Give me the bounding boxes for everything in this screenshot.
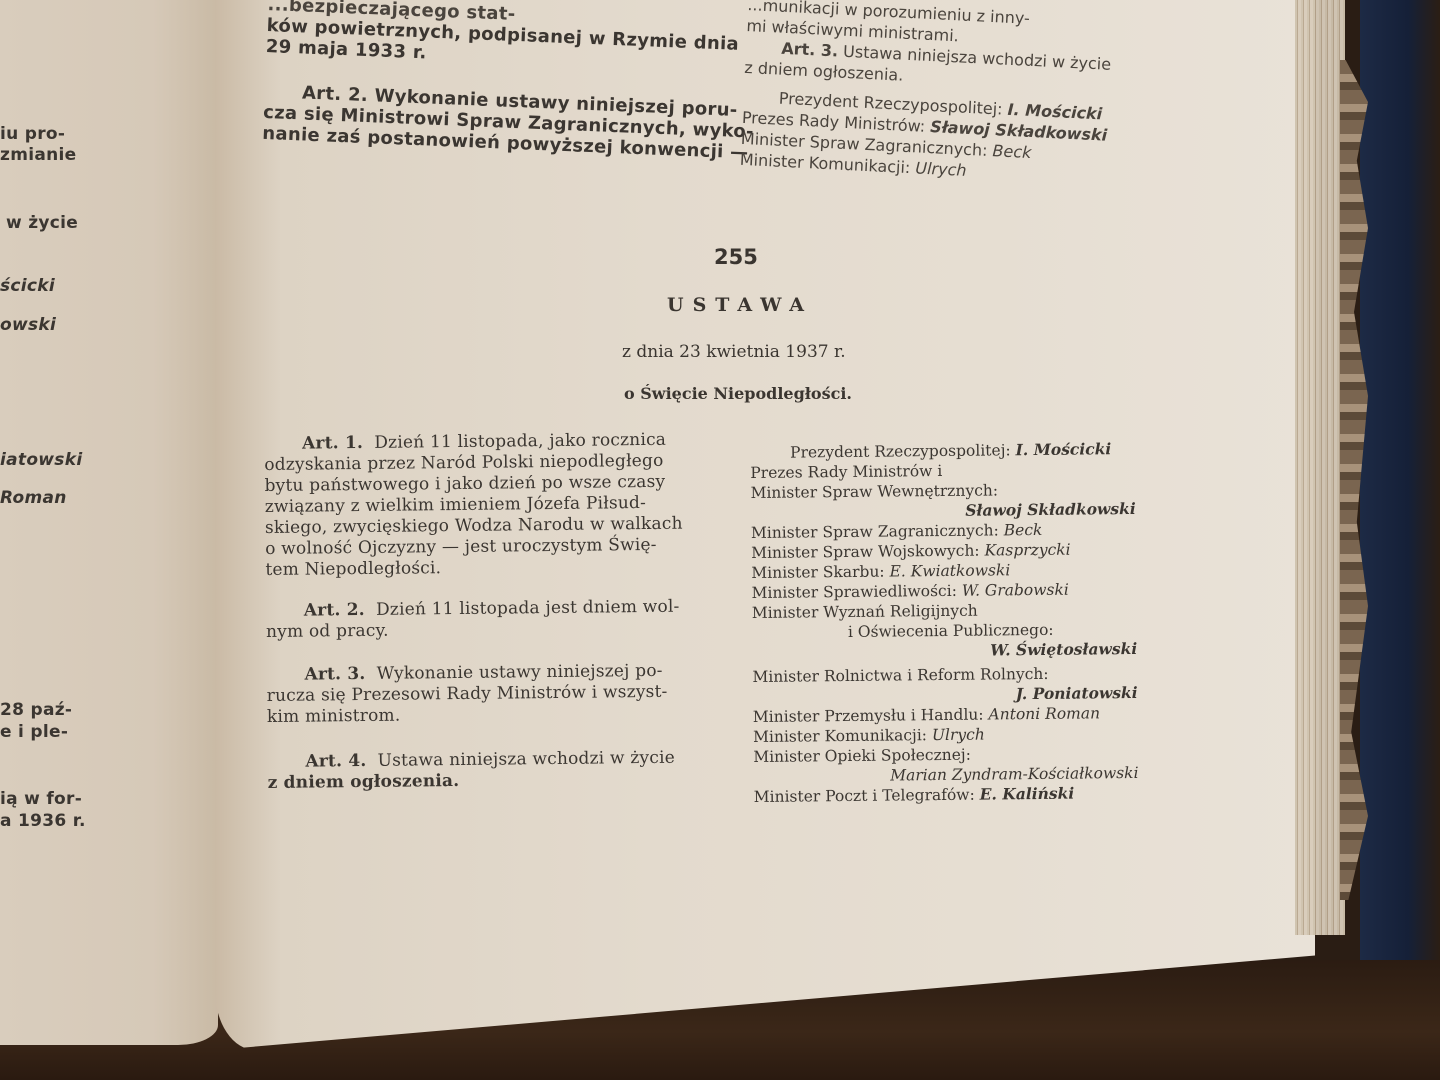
signature-role: Minister Komunikacji: [753, 726, 927, 746]
signature-role: Minister Przemysłu i Handlu: [753, 706, 984, 726]
text-line: rucza się Prezesowi Rady Ministrów i wsz… [267, 682, 685, 707]
signature-role: Prezydent Rzeczypospolitej: [790, 441, 1011, 461]
signature-name: W. Świętosławski [752, 639, 1137, 663]
left-fragment: ią w for- [0, 791, 82, 808]
left-fragment: iu pro- [0, 126, 65, 143]
signature-role: Minister Skarbu: [751, 563, 884, 582]
act-date: z dnia 23 kwietnia 1937 r. [622, 344, 846, 361]
left-fragment: iatowski [0, 452, 82, 469]
signature-name: Beck [992, 141, 1032, 162]
signature-name: Ulrych [932, 726, 985, 745]
signature-role: Minister Spraw Zagranicznych: [751, 521, 999, 542]
signature-name: Antoni Roman [988, 704, 1100, 723]
signature-name: Beck [1004, 521, 1043, 539]
background-cloth [1360, 0, 1440, 960]
articles-column: Art. 1. Dzień 11 listopada, jako rocznic… [264, 430, 685, 794]
act-type-heading: USTAWA [667, 296, 813, 315]
article-label: Art. 2. [304, 600, 365, 621]
signature-name: E. Kwiatkowski [889, 561, 1010, 580]
text-line: kim ministrom. [267, 703, 685, 728]
signatures-block: Prezydent Rzeczypospolitej: I. Mościcki … [750, 439, 1139, 807]
article-label: Art. 4. [305, 751, 366, 772]
article-label: Art. 1. [302, 433, 363, 454]
text-line: Dzień 11 listopada jest dniem wol- [376, 597, 680, 620]
text-line: Wykonanie ustawy niniejszej po- [377, 661, 663, 684]
left-fragment: owski [0, 317, 56, 334]
text-line: o wolność Ojczyzny — jest uroczystym Świ… [265, 535, 683, 560]
text-line: tem Niepodległości. [265, 556, 683, 581]
signature-role: Minister Poczt i Telegrafów: [754, 786, 975, 806]
signature-role: Minister Spraw Wojskowych: [751, 542, 980, 562]
act-number: 255 [714, 247, 758, 268]
left-fragment: ścicki [0, 278, 55, 295]
left-fragment: zmianie [0, 147, 76, 164]
article-2: Art. 2. Dzień 11 listopada jest dniem wo… [266, 597, 684, 643]
previous-act-left: ...bezpieczającego stat- ków powietrznyc… [262, 0, 759, 164]
signature-name: W. Grabowski [962, 581, 1069, 600]
signature-name: Kasprzycki [984, 541, 1070, 560]
left-page: iu pro- zmianie w życie ścicki owski iat… [0, 0, 218, 1045]
article-label: Art. 2. [302, 82, 369, 106]
text-line: nym od pracy. [266, 618, 684, 643]
signature-name: Sławoj Składkowski [751, 499, 1136, 523]
left-fragment: w życie [6, 215, 78, 232]
article-1: Art. 1. Dzień 11 listopada, jako rocznic… [264, 430, 683, 581]
signature-name: Ulrych [915, 158, 967, 179]
article-3: Art. 3. Wykonanie ustawy niniejszej po- … [266, 661, 684, 728]
previous-act-right: ...munikacji w porozumieniu z inny- mi w… [739, 0, 1113, 188]
article-label: Art. 3. [781, 39, 839, 61]
signature-name: Marian Zyndram-Kościałkowski [753, 763, 1138, 787]
article-label: Art. 3. [304, 664, 365, 685]
book-photo: iu pro- zmianie w życie ścicki owski iat… [0, 0, 1440, 1080]
text-line: Dzień 11 listopada, jako rocznica [374, 430, 666, 453]
left-fragment: 28 paź- [0, 702, 72, 719]
left-fragment: Roman [0, 490, 67, 507]
article-4: Art. 4. Ustawa niniejsza wchodzi w życie… [267, 748, 685, 794]
left-fragment: a 1936 r. [0, 813, 86, 830]
act-subject: o Święcie Niepodległości. [624, 386, 852, 402]
signature-role: Minister Sprawiedliwości: [751, 582, 956, 602]
signature-name: E. Kaliński [980, 784, 1075, 804]
signature-name: I. Mościcki [1016, 439, 1112, 459]
text-line: Ustawa niniejsza wchodzi w życie [378, 748, 676, 771]
text-line: z dniem ogłoszenia. [268, 769, 686, 794]
left-fragment: e i ple- [0, 724, 68, 741]
page-edges [1295, 0, 1345, 935]
